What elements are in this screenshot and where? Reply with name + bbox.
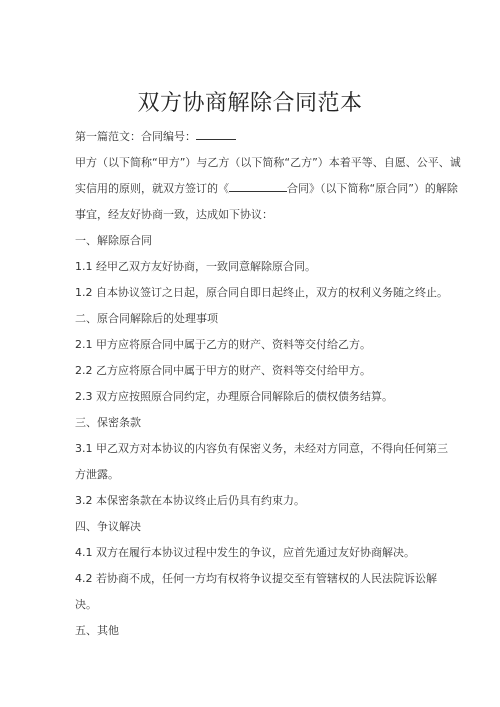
clause: 2.1 甲方应将原合同中属于乙方的财产、资料等交付给乙方。 xyxy=(75,332,430,358)
document-title: 双方协商解除合同范本 xyxy=(0,86,500,117)
section-heading: 一、解除原合同 xyxy=(75,228,430,254)
section-heading: 四、争议解决 xyxy=(75,514,430,540)
clause-continuation: 方泄露。 xyxy=(75,462,430,488)
clause: 2.3 双方应按照原合同约定，办理原合同解除后的债权债务结算。 xyxy=(75,384,430,410)
intro-paragraph-line: 实信用的原则，就双方签订的《合同》（以下简称“原合同”）的解除 xyxy=(75,176,430,202)
clause-continuation: 决。 xyxy=(75,592,430,618)
clause: 4.2 若协商不成，任何一方均有权将争议提交至有管辖权的人民法院诉讼解 xyxy=(75,566,430,592)
contract-number-label: 第一篇范文：合同编号： xyxy=(75,130,196,143)
contract-number-blank xyxy=(196,129,236,140)
document-page: 双方协商解除合同范本 第一篇范文：合同编号： 甲方（以下简称“甲方”）与乙方（以… xyxy=(0,0,500,707)
intro-paragraph-line: 事宜，经友好协商一致，达成如下协议： xyxy=(75,202,430,228)
contract-number-line: 第一篇范文：合同编号： xyxy=(75,124,430,150)
clause: 1.1 经甲乙双方友好协商，一致同意解除原合同。 xyxy=(75,254,430,280)
intro-paragraph-line: 甲方（以下简称“甲方”）与乙方（以下简称“乙方”）本着平等、自愿、公平、诚 xyxy=(75,150,430,176)
section-heading: 五、其他 xyxy=(75,618,430,644)
intro-text-after: 合同》（以下简称“原合同”）的解除 xyxy=(287,182,458,195)
clause: 4.1 双方在履行本协议过程中发生的争议，应首先通过友好协商解决。 xyxy=(75,540,430,566)
intro-text: 实信用的原则，就双方签订的《 xyxy=(75,182,229,195)
section-heading: 三、保密条款 xyxy=(75,410,430,436)
contract-name-blank xyxy=(229,181,287,192)
document-body: 第一篇范文：合同编号： 甲方（以下简称“甲方”）与乙方（以下简称“乙方”）本着平… xyxy=(75,124,430,644)
clause: 1.2 自本协议签订之日起，原合同自即日起终止，双方的权利义务随之终止。 xyxy=(75,280,430,306)
section-heading: 二、原合同解除后的处理事项 xyxy=(75,306,430,332)
clause: 3.2 本保密条款在本协议终止后仍具有约束力。 xyxy=(75,488,430,514)
clause: 2.2 乙方应将原合同中属于甲方的财产、资料等交付给甲方。 xyxy=(75,358,430,384)
clause: 3.1 甲乙双方对本协议的内容负有保密义务，未经对方同意，不得向任何第三 xyxy=(75,436,430,462)
